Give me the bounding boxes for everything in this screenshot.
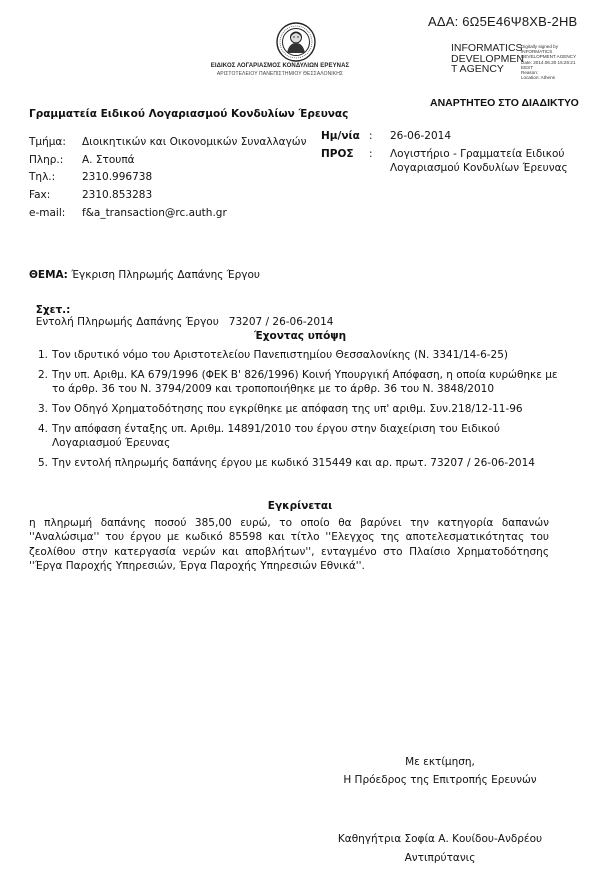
sender-info: Τμήμα: Διοικητικών και Οικονομικών Συναλ… [29,134,306,223]
item-number: 3. [38,402,52,417]
closing-salutation: Με εκτίμηση, [340,756,540,768]
digital-signature-agency: INFORMATICS DEVELOPMEN T AGENCY [451,43,521,75]
field-label: Fax: [29,187,82,205]
item-number: 2. [38,368,52,397]
sender-row-email: e-mail: f&a_transaction@rc.auth.gr [29,205,306,223]
field-label: e-mail: [29,205,82,223]
considerations-list: 1. Τον ιδρυτικό νόμο του Αριστοτελείου Π… [38,348,558,476]
list-item: 2. Την υπ. Αριθμ. ΚΑ 679/1996 (ΦΕΚ Β' 82… [38,368,558,397]
reference-value: Εντολή Πληρωμής Δαπάνης Έργου 73207 / 26… [36,316,334,328]
publish-note: ΑΝΑΡΤΗΤΕΟ ΣΤΟ ΔΙΑΔΙΚΤΥΟ [430,97,579,109]
field-label: Πληρ.: [29,152,82,170]
item-text: Την εντολή πληρωμής δαπάνης έργου με κωδ… [52,456,558,471]
date-value: 26-06-2014 [390,128,451,146]
list-item: 5. Την εντολή πληρωμής δαπάνης έργου με … [38,456,558,471]
list-item: 3. Τον Οδηγό Χρηματοδότησης που εγκρίθηκ… [38,402,558,417]
recipient-label: ΠΡΟΣ [321,146,369,176]
date-label: Ημ/νία [321,128,369,146]
sender-row-phone: Τηλ.: 2310.996738 [29,169,306,187]
item-text: Τον ιδρυτικό νόμο του Αριστοτελείου Πανε… [52,348,558,363]
signer-role: Η Πρόεδρος της Επιτροπής Ερευνών [340,774,540,786]
considerations-heading: Έχοντας υπόψη [0,330,600,342]
item-number: 1. [38,348,52,363]
item-number: 4. [38,422,52,451]
item-text: Την υπ. Αριθμ. ΚΑ 679/1996 (ΦΕΚ Β' 826/1… [52,368,558,397]
signer-name: Καθηγήτρια Σοφία Α. Κουίδου-Ανδρέου [310,833,570,845]
university-emblem-icon [276,22,316,62]
approval-heading: Εγκρίνεται [0,500,600,512]
sender-row-contact: Πληρ.: Α. Στουπά [29,152,306,170]
subject-value: Έγκριση Πληρωμής Δαπάνης Έργου [71,269,260,281]
field-label: Τμήμα: [29,134,82,152]
sender-row-department: Τμήμα: Διοικητικών και Οικονομικών Συναλ… [29,134,306,152]
signer-title: Αντιπρύτανις [340,852,540,864]
item-number: 5. [38,456,52,471]
field-value: 2310.853283 [82,187,152,205]
digital-signature-details: Digitally signed by INFORMATICS DEVELOPM… [521,44,600,80]
logo-title: ΕΙΔΙΚΟΣ ΛΟΓΑΡΙΑΣΜΟΣ ΚΟΝΔΥΛΙΩΝ ΕΡΕΥΝΑΣ [190,63,370,69]
field-value: 2310.996738 [82,169,152,187]
document-meta: Ημ/νία : 26-06-2014 ΠΡΟΣ : Λογιστήριο - … [321,128,600,175]
colon: : [369,146,390,176]
list-item: 4. Την απόφαση ένταξης υπ. Αριθμ. 14891/… [38,422,558,451]
reference-label: Σχετ.: [36,304,71,316]
item-text: Την απόφαση ένταξης υπ. Αριθμ. 14891/201… [52,422,558,451]
reference: Σχετ.: Εντολή Πληρωμής Δαπάνης Έργου 732… [29,292,333,328]
field-value: Α. Στουπά [82,152,135,170]
email-link[interactable]: f&a_transaction@rc.auth.gr [82,205,227,223]
item-text: Τον Οδηγό Χρηματοδότησης που εγκρίθηκε μ… [52,402,558,417]
approval-body: η πληρωμή δαπάνης ποσού 385,00 ευρώ, το … [29,516,549,574]
recipient-row: ΠΡΟΣ : Λογιστήριο - Γραμματεία Ειδικού Λ… [321,146,600,176]
subject-label: ΘΕΜΑ: [29,269,68,281]
logo-subtitle: ΑΡΙΣΤΟΤΕΛΕΙΟΥ ΠΑΝΕΠΙΣΤΗΜΙΟΥ ΘΕΣΣΑΛΟΝΙΚΗΣ [190,71,370,77]
list-item: 1. Τον ιδρυτικό νόμο του Αριστοτελείου Π… [38,348,558,363]
colon: : [369,128,390,146]
recipient-value: Λογιστήριο - Γραμματεία Ειδικού Λογαριασ… [390,146,600,176]
field-label: Τηλ.: [29,169,82,187]
field-value: Διοικητικών και Οικονομικών Συναλλαγών [82,134,306,152]
date-row: Ημ/νία : 26-06-2014 [321,128,600,146]
ada-code: ΑΔΑ: 6Ω5Ε46Ψ8ΧΒ-2ΗΒ [428,14,577,29]
sender-row-fax: Fax: 2310.853283 [29,187,306,205]
subject: ΘΕΜΑ: Έγκριση Πληρωμής Δαπάνης Έργου [29,269,260,281]
organization-title: Γραμματεία Ειδικού Λογαριασμού Κονδυλίων… [29,108,348,120]
